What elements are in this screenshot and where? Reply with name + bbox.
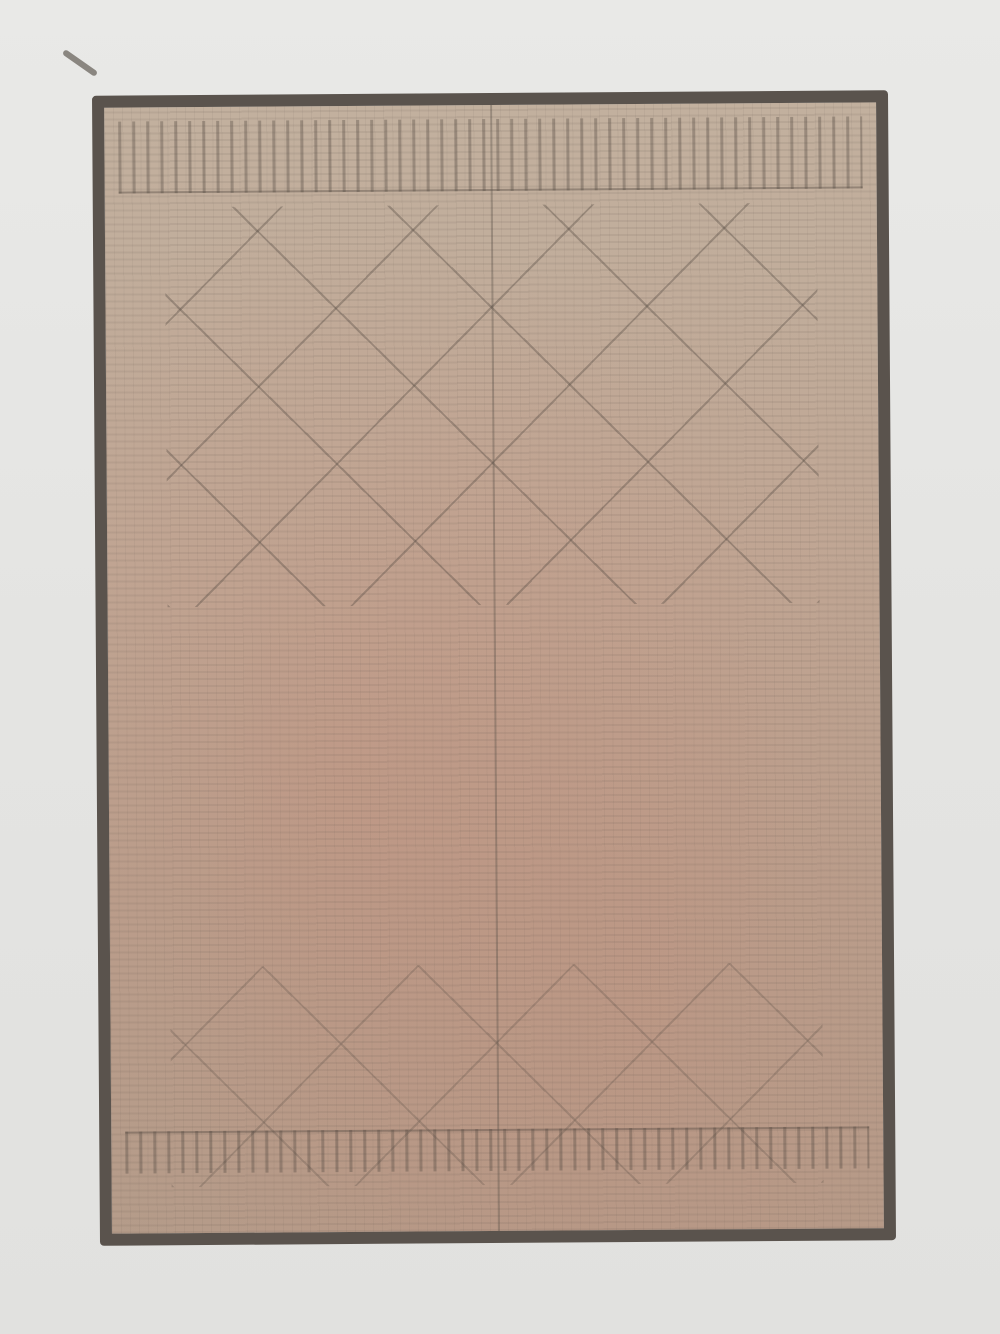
rug-top-band bbox=[118, 116, 862, 193]
rug-diamond-pattern bbox=[165, 203, 820, 608]
rug-bottom-band bbox=[125, 1126, 869, 1173]
rug bbox=[92, 90, 896, 1246]
